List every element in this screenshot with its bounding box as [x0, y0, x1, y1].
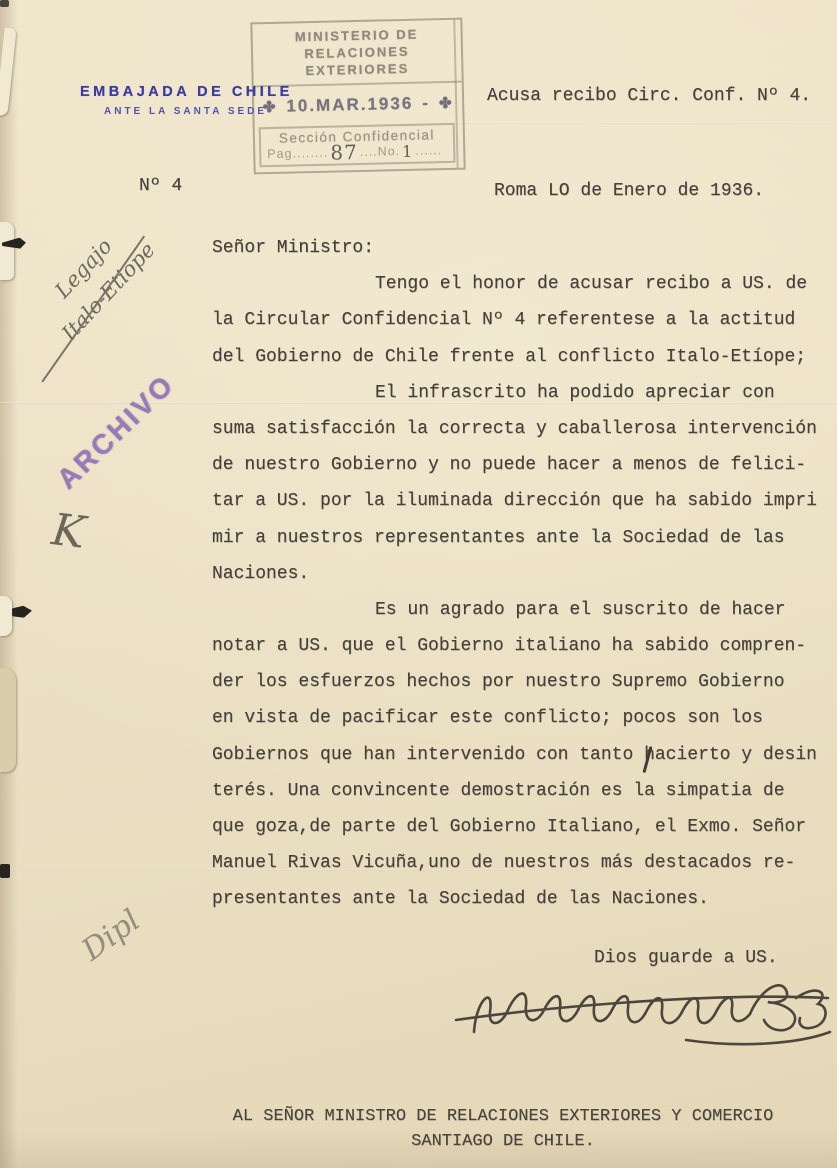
letter-body: Señor Ministro: Tengo el honor de acusar…: [212, 238, 834, 926]
stamp-ministry-name: MINISTERIO DE RELACIONES EXTERIORES: [252, 20, 461, 88]
annotation-k: K: [49, 504, 88, 559]
stamp-dots: ....: [360, 145, 378, 160]
footer-line2: SANTIAGO DE CHILE.: [178, 1129, 828, 1154]
body-line: suma satisfacción la correcta y caballer…: [212, 419, 834, 455]
body-line: Tengo el honor de acusar recibo a US. de: [212, 274, 834, 310]
stamp-ornament-icon: ✤: [439, 94, 454, 112]
stamp-ministry-line2: RELACIONES EXTERIORES: [253, 42, 462, 81]
scanned-letter-page: { "stamp": { "ministry_line1": "MINISTER…: [0, 0, 837, 1168]
stamp-page-number: 87: [330, 145, 358, 161]
body-line: der los esfuerzos hechos por nuestro Sup…: [212, 672, 834, 708]
annotation-dipl: Dipl: [76, 903, 147, 968]
body-line: del Gobierno de Chile frente al conflict…: [212, 347, 834, 383]
body-line: Señor Ministro:: [212, 238, 834, 274]
paper-crease: [455, 122, 837, 124]
corner-speck: [0, 0, 9, 7]
body-line: en vista de pacificar este conflicto; po…: [212, 708, 834, 744]
archivo-stamp: ARCHIVO: [51, 368, 181, 495]
subject-line: Acusa recibo Circ. Conf. Nº 4.: [487, 86, 811, 106]
body-line: que goza,de parte del Gobierno Italiano,…: [212, 817, 834, 853]
footer-line1: AL SEÑOR MINISTRO DE RELACIONES EXTERIOR…: [178, 1104, 828, 1129]
torn-edge: [0, 222, 14, 280]
stamp-pag-label: Pag: [267, 147, 293, 163]
body-line: presentantes ante la Sociedad de las Nac…: [212, 889, 834, 925]
binding-mark: [0, 864, 10, 878]
body-line: Manuel Rivas Vicuña,uno de nuestros más …: [212, 853, 834, 889]
torn-edge: [0, 668, 16, 772]
footer-address: AL SEÑOR MINISTRO DE RELACIONES EXTERIOR…: [178, 1104, 828, 1154]
body-line: terés. Una convincente demostración es l…: [212, 781, 834, 817]
document-number: Nº 4: [139, 176, 182, 196]
body-line: Gobiernos que han intervenido con tanto …: [212, 745, 834, 781]
body-line: notar a US. que el Gobierno italiano ha …: [212, 636, 834, 672]
body-line: Es un agrado para el suscrito de hacer: [212, 600, 834, 636]
body-line: tar a US. por la iluminada dirección que…: [212, 491, 834, 527]
letterhead-subtitle: ANTE LA SANTA SEDE: [104, 106, 293, 117]
letterhead-title: EMBAJADA DE CHILE: [80, 84, 293, 100]
stamp-confidential-section: Sección Confidencial Pag ........ 87 ...…: [259, 123, 456, 167]
body-line: mir a nuestros representantes ante la So…: [212, 528, 834, 564]
stamp-page-line: Pag ........ 87 .... No. 1 ......: [267, 143, 447, 162]
stamp-dots: ......: [415, 143, 442, 159]
stamp-no-label: No.: [378, 144, 401, 160]
dateline: Roma LO de Enero de 1936.: [494, 181, 764, 201]
torn-edge: [0, 596, 12, 636]
body-line: El infrascrito ha podido apreciar con: [212, 383, 834, 419]
page-left-edge-shade: [0, 0, 18, 1168]
body-line: la Circular Confidencial Nº 4 referentes…: [212, 310, 834, 346]
handwritten-signature: [450, 974, 835, 1054]
annotation-legajo: Legajo Italo-Etiope: [17, 198, 176, 361]
stamp-dots: ........: [292, 146, 328, 162]
closing-line: Dios guarde a US.: [594, 948, 778, 968]
stamp-doc-number: 1: [402, 144, 414, 159]
stamp-date-dash: -: [422, 93, 430, 113]
stamp-date: 10.MAR.1936: [286, 94, 413, 117]
body-line: Naciones.: [212, 564, 834, 600]
body-line: de nuestro Gobierno y no puede hacer a m…: [212, 455, 834, 491]
letterhead: EMBAJADA DE CHILE ANTE LA SANTA SEDE: [80, 84, 293, 117]
